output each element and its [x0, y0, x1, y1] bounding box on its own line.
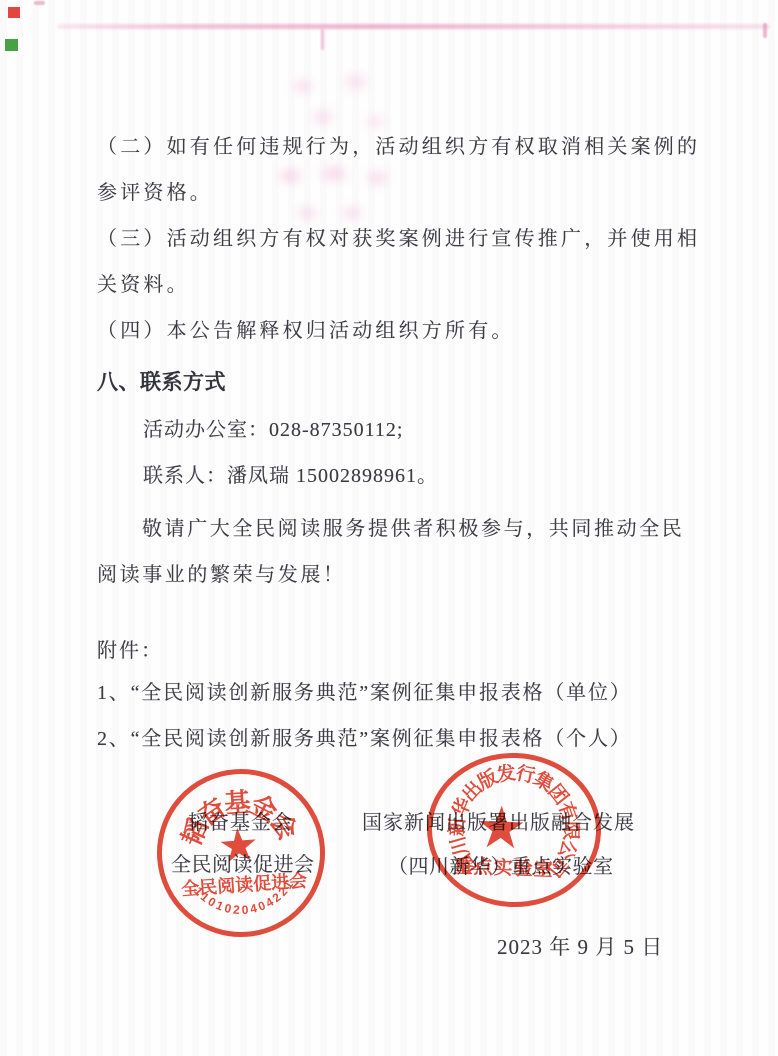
- corner-green-mark: [5, 39, 18, 51]
- pink-smudge-right-tick: [763, 23, 767, 38]
- pink-ghost-blob-2: [266, 154, 402, 198]
- scanned-document-page: { "document": { "lines": [ "（二）如有任何违规行为，…: [0, 0, 778, 1056]
- pink-smudge-drip: [321, 29, 324, 50]
- corner-red-mark: [8, 7, 20, 18]
- seal-arc-text: 韬奋基金会: [157, 769, 315, 780]
- section-heading-contact: 八、联系方式: [97, 366, 226, 396]
- closing-line-1: 敬请广大全民阅读服务提供者积极参与，共同推动全民: [142, 512, 684, 541]
- star-icon: ★: [474, 798, 528, 858]
- paragraph-3-line-1: （三）活动组织方有权对获奖案例进行宣传推广，并使用相: [97, 222, 700, 251]
- paragraph-4: （四）本公告解释权归活动组织方所有。: [97, 314, 515, 343]
- paragraph-2-line-2: 参评资格。: [97, 176, 213, 205]
- attachment-heading: 附件：: [97, 634, 163, 663]
- pink-smudge-line: [57, 24, 770, 29]
- attachment-item-1: 1、“全民阅读创新服务典范”案例征集申报表格（单位）: [97, 676, 632, 705]
- attachment-item-2: 2、“全民阅读创新服务典范”案例征集申报表格（个人）: [97, 722, 632, 751]
- seal-taofen-foundation: 韬奋基金会 ★ 全民阅读促进会 1101020404221: [151, 763, 330, 942]
- seal-serial-number: 1101020404221: [157, 769, 315, 780]
- seal-arc-text: 四川新华出版发行集团有限公司: [435, 755, 599, 761]
- seal-sichuan-xinhua-group: 四川新华出版发行集团有限公司 ★ 重点实验室: [424, 750, 603, 910]
- paragraph-3-line-2: 关资料。: [97, 268, 190, 297]
- pink-smudge-dash: [34, 1, 45, 5]
- seal-inner-text: 重点实验室: [453, 851, 554, 881]
- contact-person-line: 联系人：潘凤瑞 15002898961。: [143, 459, 438, 488]
- contact-office-line: 活动办公室：028-87350112;: [143, 413, 403, 442]
- closing-line-2: 阅读事业的繁荣与发展！: [97, 558, 346, 587]
- document-date: 2023 年 9 月 5 日: [497, 931, 663, 961]
- star-icon: ★: [216, 821, 260, 870]
- paragraph-2-line-1: （二）如有任何违规行为，活动组织方有权取消相关案例的: [97, 130, 700, 159]
